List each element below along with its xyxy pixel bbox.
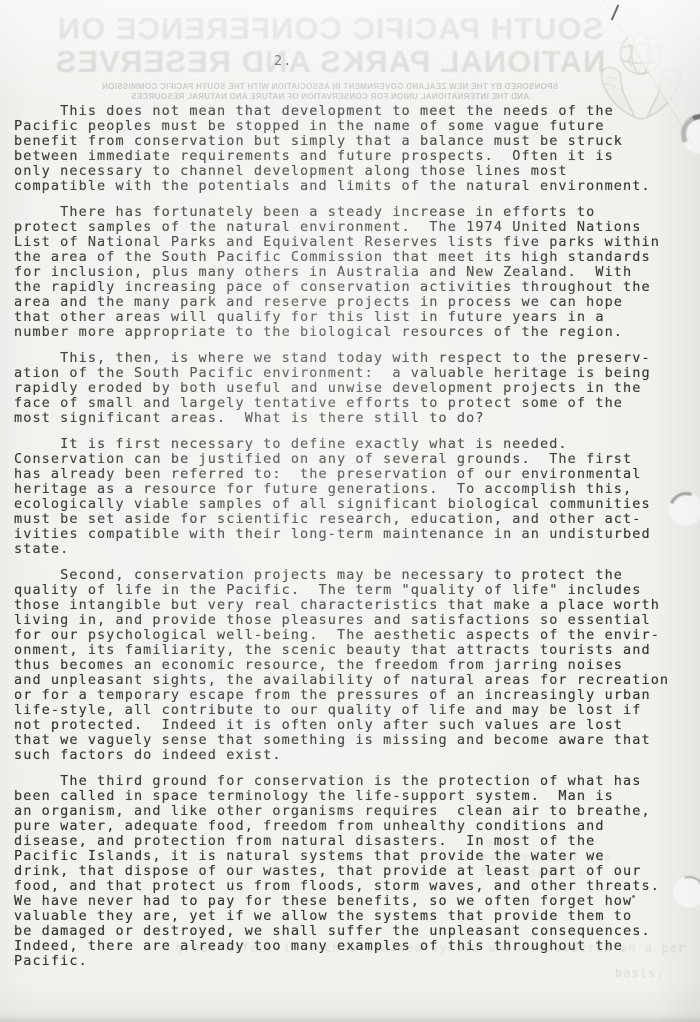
paragraph: This, then, is where we stand today with…	[14, 351, 694, 426]
ghost-bleedthrough-sponsor: SPONSORED BY THE NEW ZEALAND GOVERNMENT …	[25, 82, 635, 101]
paragraph: This does not mean that development to m…	[14, 104, 694, 194]
paragraph: It is first necessary to define exactly …	[14, 437, 694, 557]
body-text: This does not mean that development to m…	[14, 104, 694, 980]
ghost-title-line2: NATIONAL PARKS AND RESERVES	[25, 45, 635, 78]
paragraph: There has fortunately been a steady incr…	[14, 205, 694, 340]
page-bottom-edge-shadow	[0, 1014, 700, 1022]
scanned-document-page: { "document": { "page_number": "2.", "gh…	[0, 0, 700, 1022]
paragraph: The third ground for conservation is the…	[14, 774, 694, 969]
ghost-sponsor-line2: AND THE INTERNATIONAL UNION FOR CONSERVA…	[25, 92, 635, 102]
ink-speck	[632, 895, 635, 898]
ghost-title-line1: SOUTH PACIFIC CONFERENCE ON	[25, 12, 635, 45]
ghost-bleedthrough-title: SOUTH PACIFIC CONFERENCE ON NATIONAL PAR…	[25, 12, 635, 78]
ghost-sponsor-line1: SPONSORED BY THE NEW ZEALAND GOVERNMENT …	[25, 82, 635, 92]
paragraph: Second, conservation projects may be nec…	[14, 568, 694, 763]
page-number: 2.	[274, 53, 292, 69]
